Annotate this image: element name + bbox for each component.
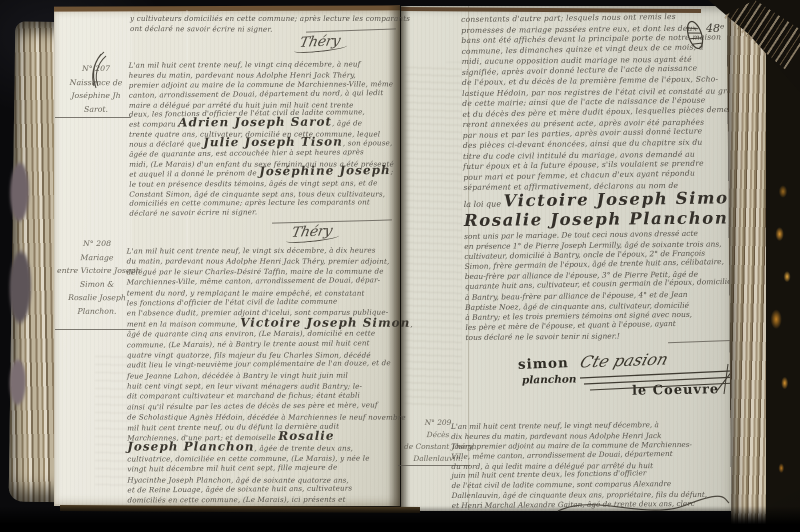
- manuscript-line: en présence 1° de Pierre Joseph Lermilly…: [464, 237, 741, 250]
- manuscript-text-segment: Marchiennes-Ville, même canton, arrondis…: [127, 275, 381, 286]
- signature-simon: simon: [518, 355, 569, 373]
- margin-note-text: Mariage: [80, 253, 113, 262]
- manuscript-text-segment: heures du matin, pardevant nous Adolphe …: [129, 70, 356, 79]
- manuscript-text-segment: promesses de mariage passées entre eux, …: [461, 23, 697, 34]
- entry-208-body: L'an mil huit cent trente neuf, le vingt…: [127, 244, 400, 505]
- manuscript-line: ont déclaré ne savoir écrire ni signer.: [130, 23, 396, 34]
- officiant-paraph: Théry: [298, 33, 341, 51]
- margin-note-line: Simon &: [57, 277, 137, 291]
- manuscript-line: feue Jeanne Lahon, décédée à Bantry le v…: [127, 368, 399, 379]
- officiant-paraph: Théry: [290, 223, 333, 241]
- manuscript-text-segment: L'an mil huit cent trente neuf, le vingt…: [451, 420, 659, 431]
- manuscript-line: Marchiennes-Ville, même canton, arrondis…: [127, 273, 399, 286]
- manuscript-line: dix heures du matin, pardevant nous Adol…: [451, 431, 743, 442]
- manuscript-line: vingt huit décembre mil huit cent sept, …: [127, 460, 399, 473]
- manuscript-line: commune, (Le Marais), né à Bantry le tre…: [127, 336, 399, 349]
- margin-note-text: Décès: [427, 430, 450, 439]
- manuscript-line: mil huit cent trente neuf, ou du défunt …: [127, 419, 399, 432]
- manuscript-line: L'an mil huit cent trente neuf, le vingt…: [127, 244, 399, 255]
- margin-note-text: Planchon.: [77, 306, 116, 315]
- manuscript-text-segment: et auquel il a donné le prénom de: [129, 168, 259, 178]
- ink-flourish-icon: [86, 50, 110, 90]
- manuscript-text-segment: ;: [391, 167, 394, 176]
- manuscript-text-segment: L'an mil huit cent trente neuf, le vingt…: [129, 59, 361, 69]
- manuscript-line: huit cent vingt sept, en leur vivant mén…: [127, 380, 399, 391]
- manuscript-text-segment: de l'état civil de ladite commune, sont …: [452, 479, 672, 490]
- emphasized-name: Victoire Joseph Simon: [240, 315, 410, 329]
- manuscript-text-segment: trente quatre ans, cultivateur, domicili…: [129, 130, 380, 139]
- signature-planchon: planchon: [522, 374, 577, 387]
- spouse-name: Rosalie Joseph Planchon,: [464, 208, 736, 230]
- manuscript-text-segment: ,: [410, 319, 412, 328]
- margin-note-text: Joséphine Jh: [71, 91, 120, 100]
- manuscript-line: les fonctions d'officier de l'état civil…: [127, 294, 399, 307]
- manuscript-text-segment: la loi que: [464, 199, 504, 209]
- manuscript-line: lastique Hédoin, par nos registres de l'…: [462, 84, 739, 97]
- manuscript-line: heures du matin, pardevant nous Adolphe …: [129, 69, 397, 79]
- manuscript-text-segment: titre du code civil intitulé du mariage,…: [463, 149, 695, 160]
- margin-note-line: Rosalie Joseph: [57, 291, 137, 305]
- manuscript-text-segment: ment en la maison commune,: [127, 319, 240, 328]
- manuscript-text-segment: le tout en présence desdits témoins, âgé…: [129, 178, 377, 188]
- page-number: 48ᵉ: [706, 22, 724, 35]
- manuscript-text-segment: mil huit cent trente neuf, ou du défunt …: [127, 421, 339, 432]
- manuscript-text-segment: huit cent vingt sept, en leur vivant mén…: [127, 382, 362, 391]
- manuscript-line: ainsi qu'il résulte par les actes de déc…: [127, 398, 399, 411]
- margin-note-text: N° 208: [83, 239, 111, 248]
- manuscript-text-segment: ont déclaré ne savoir écrire ni signer.: [130, 24, 273, 34]
- entry-208-conclusion: consentants d'autre part; lesquels nous …: [461, 9, 743, 341]
- manuscript-line: L'an mil huit cent trente neuf, le vingt…: [129, 58, 397, 69]
- manuscript-text-segment: canton, arrondissement de Douai, départe…: [129, 88, 384, 100]
- manuscript-line: Constant Simon, âgé de cinquante sept an…: [129, 188, 397, 198]
- manuscript-line: y cultivateurs domiciliés en cette commu…: [130, 13, 396, 23]
- entry-207-body: L'an mil huit cent trente neuf, le vingt…: [129, 58, 398, 218]
- manuscript-line: du matin, pardevant nous Adolphe Henri J…: [127, 255, 399, 266]
- margin-note-line: Planchon.: [57, 304, 137, 318]
- manuscript-line: est comparu Adrien Joseph Sarot, âgé de: [129, 118, 397, 129]
- manuscript-text-segment: les fonctions d'officier de l'état civil…: [127, 297, 338, 308]
- manuscript-line: Joseph Planchon, âgée de trente deux ans…: [127, 442, 399, 453]
- bottom-shadow: [0, 506, 800, 532]
- manuscript-line: âgée de quarante ans, est accouchée hier…: [129, 146, 397, 159]
- manuscript-text-segment: Constant Simon, âgé de cinquante sept an…: [129, 189, 385, 198]
- margin-note-208: N° 208 Mariage entre Victoire Joseph Sim…: [57, 237, 137, 318]
- manuscript-line: titre du code civil intitulé du mariage,…: [463, 147, 740, 160]
- manuscript-line: trente quatre ans, cultivateur, domicili…: [129, 129, 397, 139]
- margin-note-rule: [55, 117, 131, 118]
- manuscript-text-segment: y cultivateurs domiciliés en cette commu…: [130, 14, 410, 23]
- margin-note-text: Sarot.: [84, 104, 108, 113]
- manuscript-text-segment: domiciliés en cette commune, (Le Marais)…: [127, 495, 345, 505]
- emphasized-name: Joséphine Joseph: [259, 163, 391, 178]
- manuscript-line: Rosalie Joseph Planchon,: [464, 208, 741, 230]
- manuscript-text-segment: , âgée de trente deux ans,: [254, 444, 353, 453]
- margin-note-text: Rosalie Joseph: [68, 293, 126, 302]
- manuscript-line: déclaré ne savoir écrire ni signer.: [129, 205, 397, 218]
- manuscript-text-segment: juin mil huit cent trente deux, les fonc…: [451, 469, 646, 481]
- manuscript-line: et de Reine Louage, âgée de soixante hui…: [127, 481, 399, 494]
- manuscript-line: et auquel il a donné le prénom de Joséph…: [129, 166, 397, 179]
- manuscript-text-segment: Baptiste Noez, âgé de cinquante ans, cul…: [465, 301, 689, 312]
- margin-note-line: Mariage: [57, 251, 137, 265]
- margin-note-text: N° 209: [425, 418, 452, 427]
- manuscript-text-segment: âgée de quarante ans, est accouchée hier…: [129, 147, 364, 158]
- margin-note-line: Joséphine Jh: [60, 89, 132, 103]
- manuscript-text-segment: dix heures du matin, pardevant nous Adol…: [451, 431, 661, 441]
- manuscript-line: domiciliés en cette commune, (Le Marais)…: [127, 493, 399, 504]
- manuscript-line: audit lieu le vingt-neuvième jour complé…: [127, 356, 399, 369]
- manuscript-line: le tout en présence desdits témoins, âgé…: [129, 177, 397, 188]
- entry-208-witness-lines: sont unis par le mariage. De tout ceci n…: [464, 226, 743, 342]
- manuscript-line: ment en la maison commune, Victoire Jose…: [127, 317, 399, 328]
- manuscript-text-segment: vingt huit décembre mil huit cent sept, …: [127, 463, 337, 474]
- marriage-vow-names: la loi que Victoire Joseph Simon & Rosal…: [463, 188, 741, 230]
- manuscript-text-segment: est comparu: [129, 120, 178, 129]
- manuscript-line: canton, arrondissement de Douai, départe…: [129, 87, 397, 100]
- manuscript-text-segment: déclaré ne savoir écrire ni signer.: [129, 208, 257, 218]
- margin-note-line: entre Victoire Joseph: [57, 264, 137, 278]
- emphasized-name: Joseph Planchon: [127, 440, 254, 454]
- manuscript-text-segment: commune, (Le Marais), né à Bantry le tre…: [127, 338, 370, 349]
- margin-note-line: Sarot.: [60, 102, 132, 116]
- margin-note-rule: [55, 329, 135, 330]
- signature-flourish-strikes: [578, 368, 746, 396]
- manuscript-text-segment: , âgé de: [332, 119, 362, 128]
- quill-doodle-icon: [682, 18, 708, 52]
- margin-note-text: Simon &: [80, 279, 114, 288]
- margin-note-line: N° 208: [57, 237, 137, 251]
- manuscript-text-segment: du matin, pardevant nous Adolphe Henri J…: [127, 257, 390, 266]
- register-book-photo: y cultivateurs domiciliés en cette commu…: [0, 0, 800, 532]
